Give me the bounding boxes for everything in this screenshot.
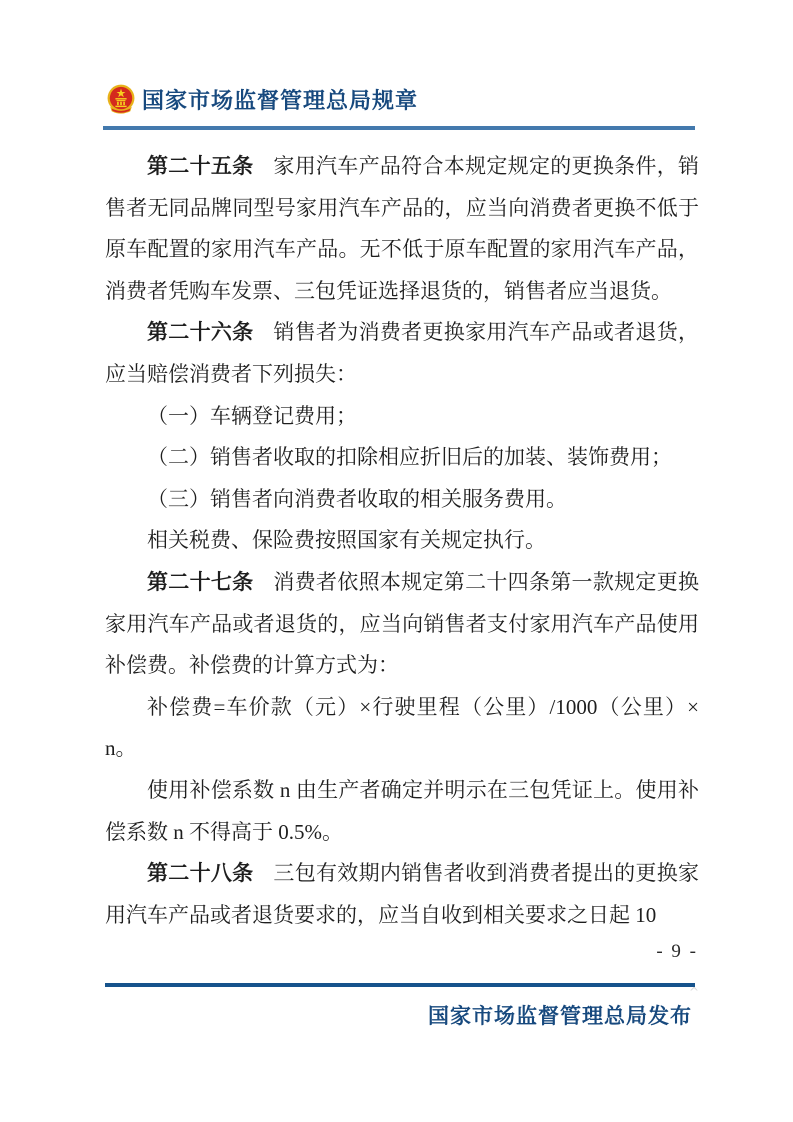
paragraph-text: 补偿费=车价款（元）×行驶里程（公里）/1000（公里）× n。: [105, 695, 699, 761]
national-emblem-icon: [107, 84, 135, 115]
body-paragraph: （二）销售者收取的扣除相应折旧后的加装、装饰费用；: [105, 437, 699, 479]
paragraph-text: 相关税费、保险费按照国家有关规定执行。: [147, 528, 546, 552]
body-paragraph: 第二十五条家用汽车产品符合本规定规定的更换条件，销售者无同品牌同型号家用汽车产品…: [105, 146, 699, 312]
body-paragraph: （三）销售者向消费者收取的相关服务费用。: [105, 479, 699, 521]
publisher-label: 国家市场监督管理总局发布: [428, 1000, 692, 1030]
paragraph-text: 使用补偿系数 n 由生产者确定并明示在三包凭证上。使用补偿系数 n 不得高于 0…: [105, 778, 699, 844]
paragraph-text: （二）销售者收取的扣除相应折旧后的加装、装饰费用；: [147, 445, 672, 469]
body-paragraph: 相关税费、保险费按照国家有关规定执行。: [105, 520, 699, 562]
document-page: 国家市场监督管理总局规章 第二十五条家用汽车产品符合本规定规定的更换条件，销售者…: [0, 0, 793, 1122]
page-header: 国家市场监督管理总局规章: [107, 84, 418, 115]
header-title: 国家市场监督管理总局规章: [142, 84, 418, 115]
article-heading: 第二十六条: [147, 320, 253, 344]
footer-rule: [105, 983, 695, 987]
body-paragraph: 第二十八条三包有效期内销售者收到消费者提出的更换家用汽车产品或者退货要求的，应当…: [105, 853, 699, 936]
body-paragraph: （一）车辆登记费用；: [105, 396, 699, 438]
paragraph-text: （一）车辆登记费用；: [147, 404, 357, 428]
page-number: - 9 -: [656, 941, 698, 963]
caret-artifact: ^: [689, 985, 699, 999]
body-paragraph: 补偿费=车价款（元）×行驶里程（公里）/1000（公里）× n。: [105, 687, 699, 770]
body-paragraph: 第二十七条消费者依照本规定第二十四条第一款规定更换家用汽车产品或者退货的，应当向…: [105, 562, 699, 687]
article-heading: 第二十七条: [147, 570, 253, 594]
body-paragraph: 第二十六条销售者为消费者更换家用汽车产品或者退货，应当赔偿消费者下列损失：: [105, 312, 699, 395]
body-text: 第二十五条家用汽车产品符合本规定规定的更换条件，销售者无同品牌同型号家用汽车产品…: [105, 146, 699, 936]
body-paragraph: 使用补偿系数 n 由生产者确定并明示在三包凭证上。使用补偿系数 n 不得高于 0…: [105, 770, 699, 853]
header-rule: [103, 126, 695, 130]
article-heading: 第二十五条: [147, 154, 253, 178]
article-heading: 第二十八条: [147, 861, 253, 885]
paragraph-text: （三）销售者向消费者收取的相关服务费用。: [147, 487, 567, 511]
